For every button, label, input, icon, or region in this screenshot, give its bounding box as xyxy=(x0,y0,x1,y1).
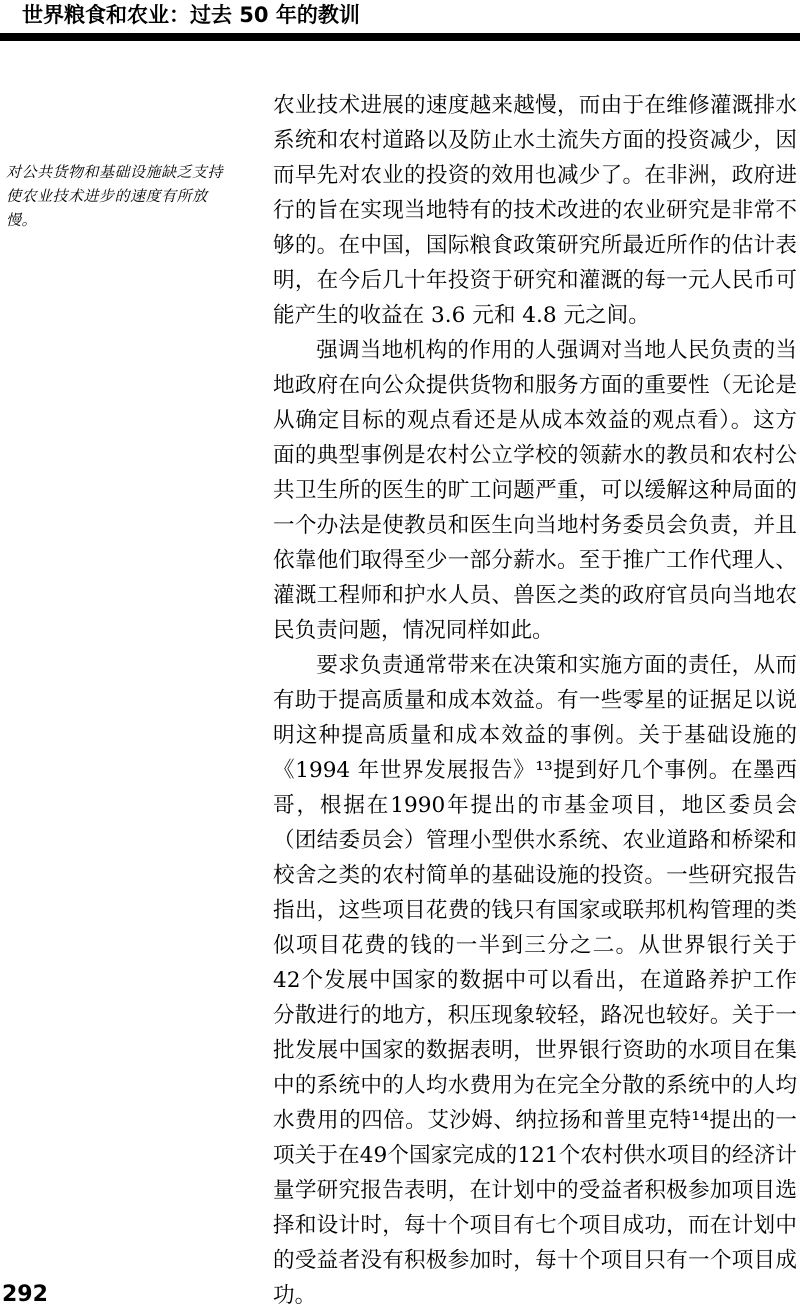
margin-note: 对公共货物和基础设施缺乏支持使农业技术进步的速度有所放慢。 xyxy=(6,160,236,232)
paragraph-2: 强调当地机构的作用的人强调对当地人民负责的当地政府在向公众提供货物和服务方面的重… xyxy=(273,333,797,648)
body-text: 农业技术进展的速度越来越慢，而由于在维修灌溉排水系统和农村道路以及防止水土流失方… xyxy=(273,88,797,1308)
paragraph-3: 要求负责通常带来在决策和实施方面的责任，从而有助于提高质量和成本效益。有一些零星… xyxy=(273,648,797,1308)
paragraph-1: 农业技术进展的速度越来越慢，而由于在维修灌溉排水系统和农村道路以及防止水土流失方… xyxy=(273,88,797,333)
page-number: 292 xyxy=(2,1283,48,1307)
header-rule xyxy=(0,33,800,41)
running-head-title: 世界粮食和农业：过去 50 年的教训 xyxy=(22,2,360,28)
